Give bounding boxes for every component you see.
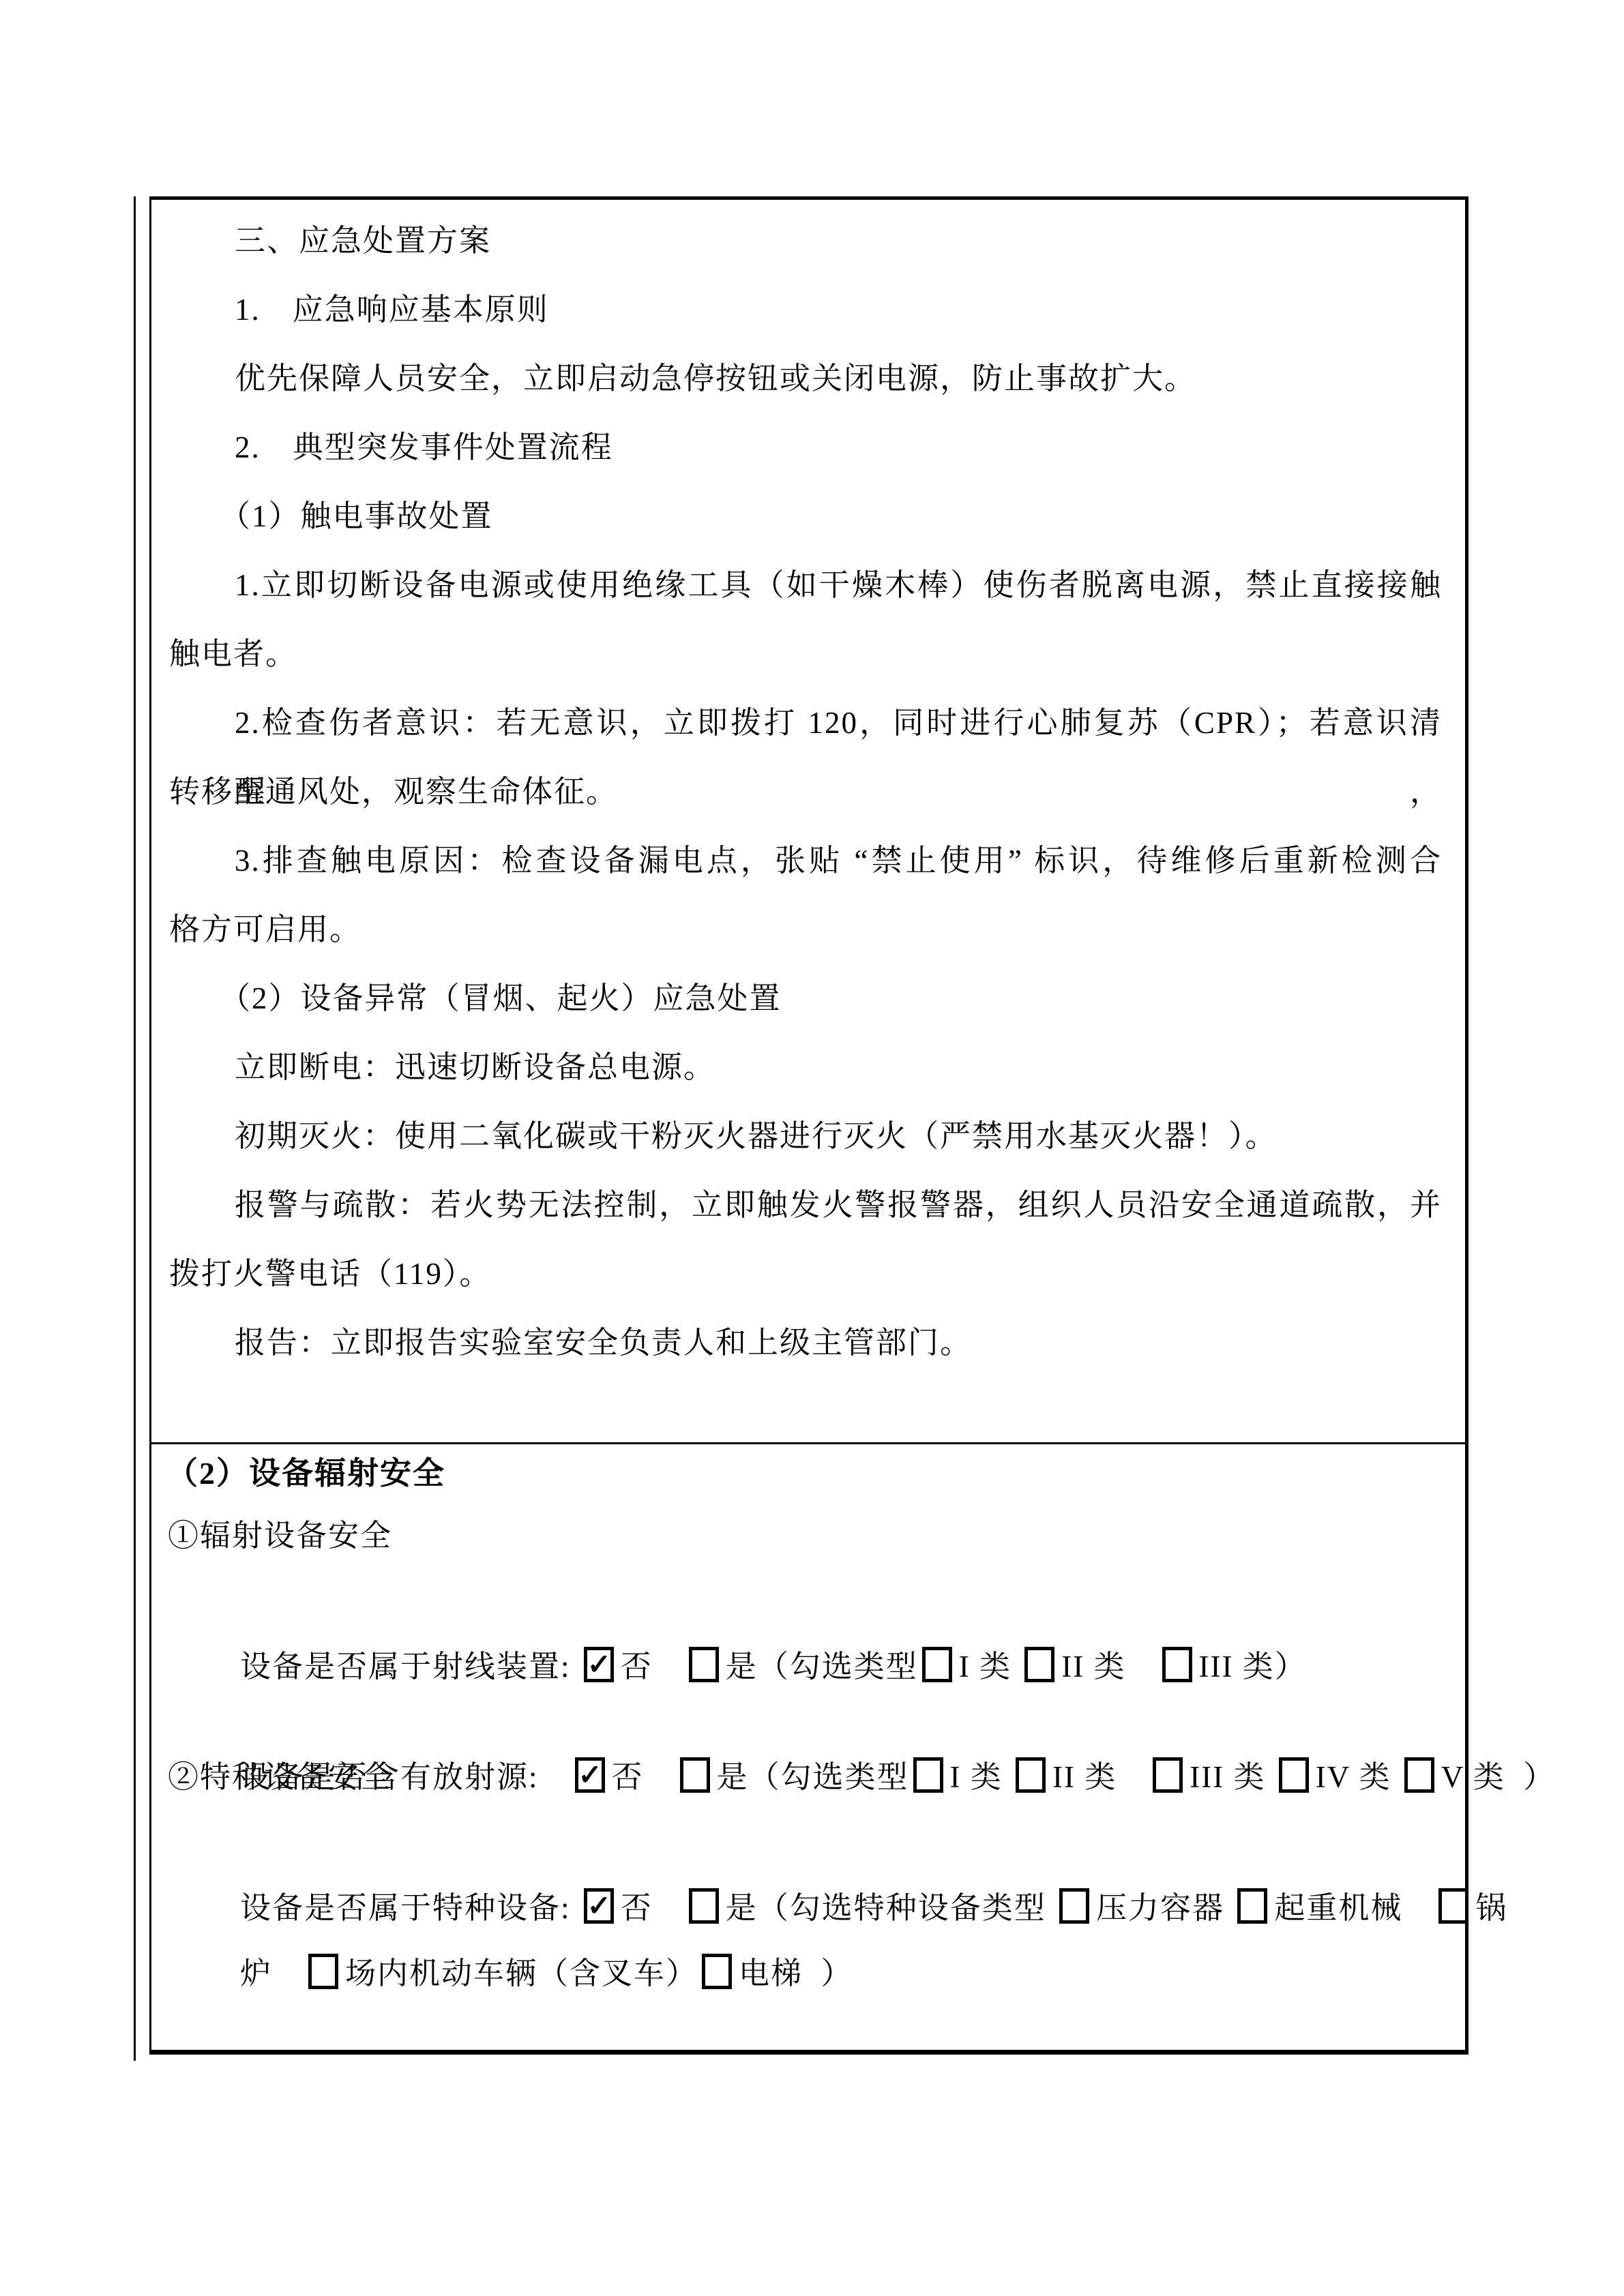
heading-radiation-safety: （2）设备辐射安全	[151, 1444, 1465, 1503]
text-line: 报警与疏散：若火势无法控制，立即触发火警报警器，组织人员沿安全通道疏散，并	[151, 1171, 1465, 1240]
checkbox-unchecked-icon	[1279, 1757, 1309, 1793]
checkbox-checked-icon	[584, 1888, 614, 1924]
text-line: 优先保障人员安全，立即启动急停按钮或关闭电源，防止事故扩大。	[151, 344, 1465, 413]
checkbox-unchecked-icon	[689, 1888, 719, 1924]
checkbox-unchecked-icon	[913, 1757, 943, 1793]
checkbox-unchecked-icon	[680, 1757, 710, 1793]
heading-emergency-plan: 三、应急处置方案	[151, 207, 1465, 275]
question-label: 设备是否属于特种设备:	[240, 1891, 580, 1925]
checkbox-unchecked-icon	[1162, 1647, 1192, 1682]
table-outer-border-line	[134, 196, 136, 2061]
option-label: 是（勾选特种设备类型	[726, 1891, 1055, 1925]
option-label: I 类	[950, 1760, 1012, 1794]
checkbox-unchecked-icon	[1237, 1888, 1267, 1924]
option-label: III 类）	[1199, 1650, 1307, 1684]
form-table: 三、应急处置方案 1. 应急响应基本原则 优先保障人员安全，立即启动急停按钮或关…	[149, 196, 1468, 2055]
text-line: 初期灭火：使用二氧化碳或干粉灭火器进行灭火（严禁用水基灭火器！）。	[151, 1102, 1465, 1171]
option-label: II 类	[1052, 1760, 1149, 1794]
option-label: 否	[621, 1891, 685, 1925]
text-line: 1.立即切断设备电源或使用绝缘工具（如干燥木棒）使伤者脱离电源，禁止直接接触	[151, 551, 1465, 620]
text-line: 1. 应急响应基本原则	[151, 275, 1465, 344]
option-label: I 类	[959, 1650, 1021, 1684]
option-label: 否	[612, 1760, 676, 1794]
option-label: 场内机动车辆（含叉车）	[345, 1956, 698, 1991]
ray-device-question: 设备是否属于射线装置: 否 是（勾选类型I 类 II 类 III 类）	[151, 1568, 1465, 1634]
option-label: 压力容器	[1096, 1891, 1233, 1925]
option-label: 是（勾选类型	[717, 1760, 909, 1794]
text-line: 立即断电：迅速切断设备总电源。	[151, 1033, 1465, 1102]
checkbox-unchecked-icon	[1059, 1888, 1089, 1924]
section-radiation-safety: （2）设备辐射安全 ①辐射设备安全 设备是否属于射线装置: 否 是（勾选类型I …	[151, 1444, 1465, 2050]
option-label: 起重机械	[1274, 1891, 1434, 1925]
checkbox-unchecked-icon	[1153, 1757, 1183, 1793]
option-label: 锅	[1475, 1891, 1507, 1925]
checkbox-unchecked-icon	[308, 1954, 338, 1989]
text-line: （1）触电事故处置	[151, 482, 1465, 551]
option-label: 否	[621, 1650, 685, 1684]
text-line: 拨打火警电话（119）。	[151, 1240, 1465, 1309]
option-label: II 类	[1061, 1650, 1157, 1684]
special-equipment-question: 设备是否属于特种设备: 否 是（勾选特种设备类型 压力容器 起重机械 锅	[151, 1810, 1465, 1875]
checkbox-checked-icon	[584, 1647, 614, 1682]
option-label: V 类 ）	[1441, 1760, 1555, 1794]
option-label: 是（勾选类型	[726, 1650, 918, 1684]
text-line: 2.检查伤者意识：若无意识，立即拨打 120，同时进行心肺复苏（CPR）；若意识…	[151, 689, 1465, 758]
checkbox-unchecked-icon	[1024, 1647, 1054, 1682]
option-label: 炉	[240, 1956, 304, 1991]
text-line: 2. 典型突发事件处置流程	[151, 413, 1465, 482]
subheading-radiation-equipment: ①辐射设备安全	[151, 1503, 1465, 1568]
option-label: 电梯 ）	[739, 1956, 853, 1991]
checkbox-checked-icon	[575, 1757, 605, 1793]
text-line: 触电者。	[151, 620, 1465, 689]
document-page: 三、应急处置方案 1. 应急响应基本原则 优先保障人员安全，立即启动急停按钮或关…	[0, 0, 1624, 2296]
checkbox-unchecked-icon	[1404, 1757, 1434, 1793]
text-line: 格方可启用。	[151, 895, 1465, 964]
question-label: 设备是否属于射线装置:	[240, 1650, 580, 1684]
text-line: 3.排查触电原因：检查设备漏电点，张贴 “禁止使用” 标识，待维修后重新检测合	[151, 826, 1465, 895]
checkbox-unchecked-icon	[922, 1647, 952, 1682]
section-emergency-plan: 三、应急处置方案 1. 应急响应基本原则 优先保障人员安全，立即启动急停按钮或关…	[151, 200, 1465, 1444]
checkbox-unchecked-icon	[702, 1954, 732, 1989]
checkbox-unchecked-icon	[1016, 1757, 1046, 1793]
checkbox-unchecked-icon	[689, 1647, 719, 1682]
text-line: （2）设备异常（冒烟、起火）应急处置	[151, 964, 1465, 1033]
checkbox-unchecked-icon	[1438, 1888, 1468, 1924]
option-label: III 类	[1190, 1760, 1274, 1794]
text-line: 报告：立即报告实验室安全负责人和上级主管部门。	[151, 1309, 1465, 1377]
option-label: IV 类	[1316, 1760, 1400, 1794]
